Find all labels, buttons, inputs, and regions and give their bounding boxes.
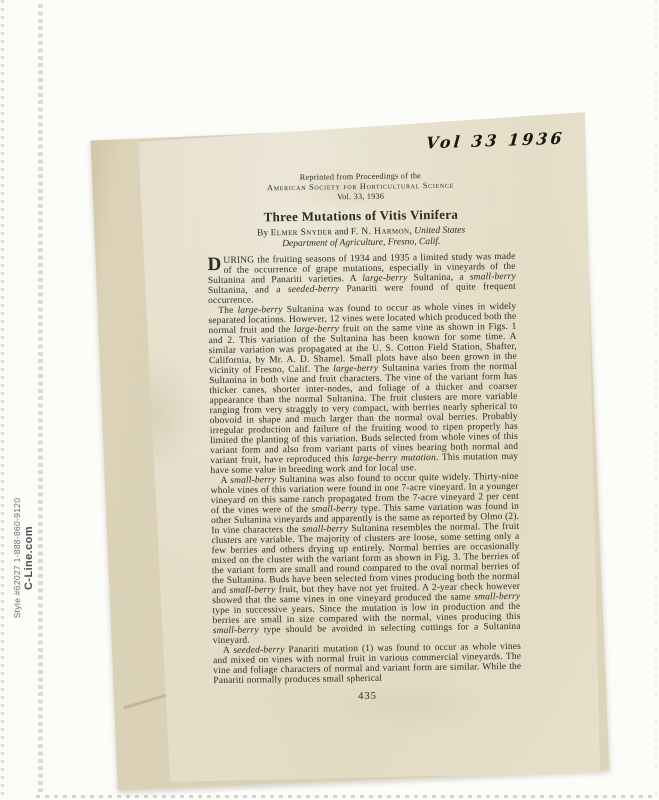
scanned-page: Vol 33 1936 Reprinted from Proceedings o… [112,106,604,788]
sleeve-right-perforation [655,0,657,800]
reprint-header: Reprinted from Proceedings of the Americ… [206,170,514,204]
binder-label: Style #62027 1-888-860-9120 C-Line.com [12,474,35,642]
page-number: 435 [214,689,522,704]
handwritten-annotation: Vol 33 1936 [425,126,627,152]
document-text-block: Reprinted from Proceedings of the Americ… [206,170,521,705]
binder-holes-strip [38,4,43,792]
sleeve-bottom-perforation [36,795,655,798]
article-body: DURING the fruiting seasons of 1934 and … [207,252,521,686]
article-title: Three Mutations of Vitis Vinifera [207,207,515,225]
body-paragraph: A small-berry Sultanina was also found t… [211,472,521,646]
binder-style-number: Style #62027 1-888-860-9120 [12,474,22,642]
binder-brand: C-Line.com [23,474,35,642]
body-paragraph: A seeded-berry Panariti mutation (1) was… [213,642,522,686]
body-paragraph: DURING the fruiting seasons of 1934 and … [207,252,516,306]
sleeve-left-perforation [1,0,4,800]
drop-cap: D [207,256,223,274]
body-paragraph: The large-berry Sultanina was found to o… [208,302,518,476]
